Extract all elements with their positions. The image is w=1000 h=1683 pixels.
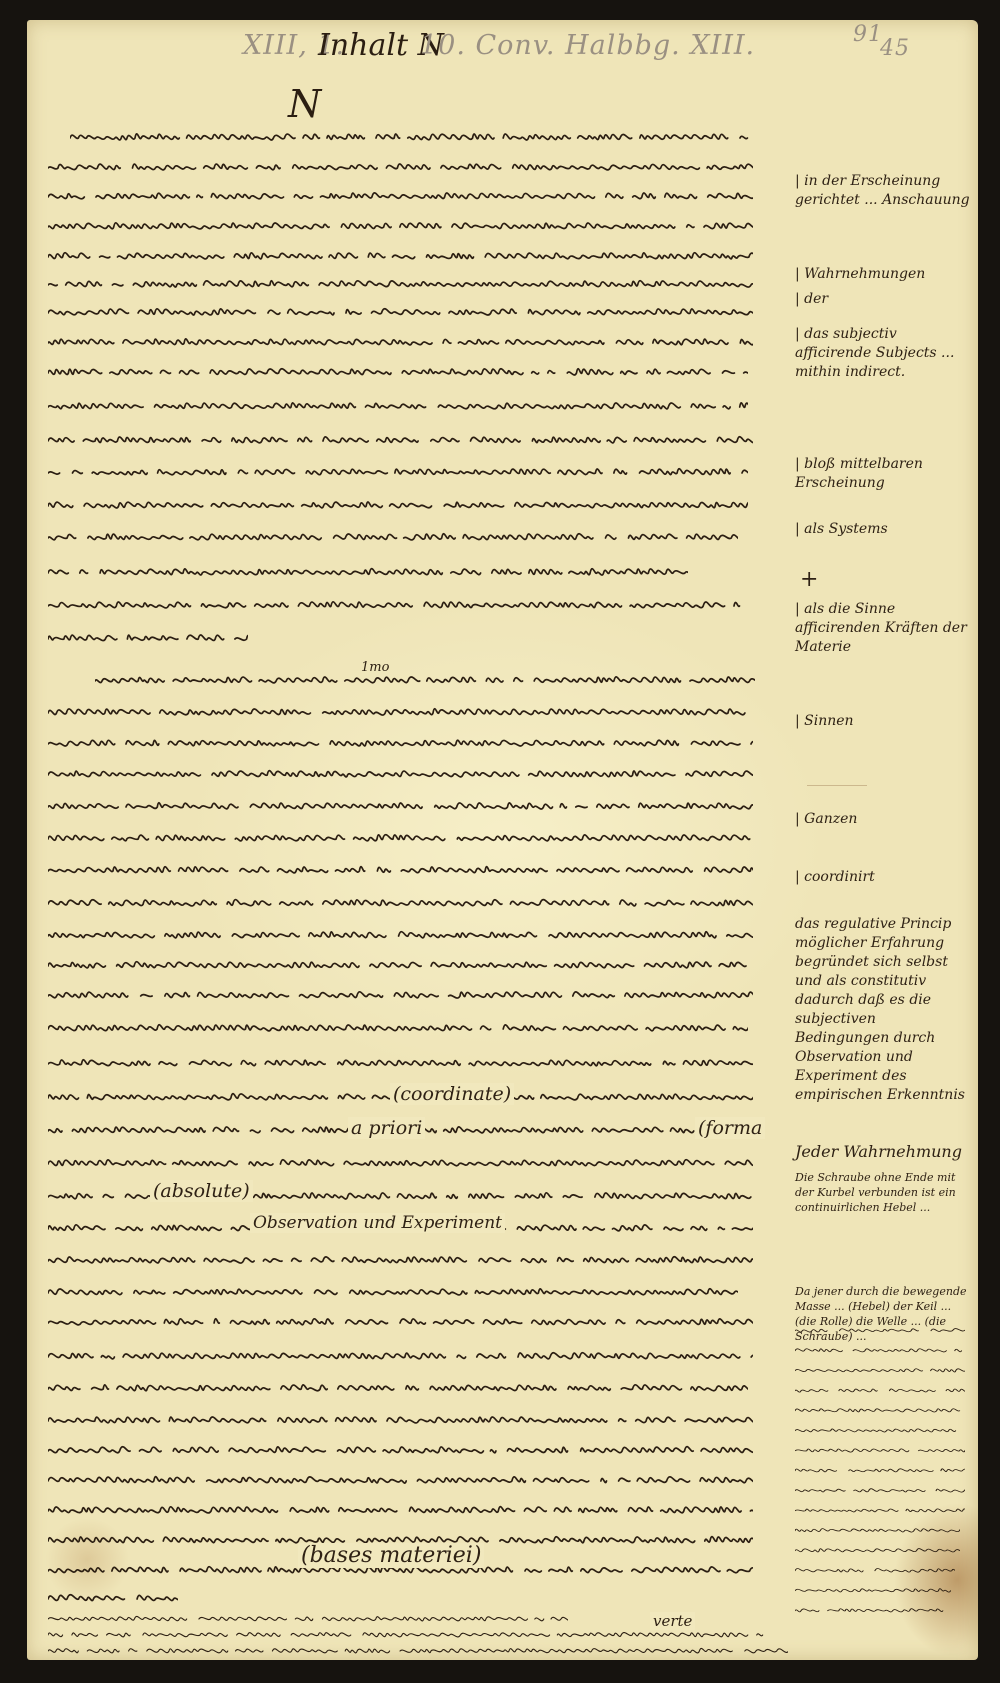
handwritten-line [48,561,688,583]
handwritten-line [48,1152,753,1174]
handwritten-line [48,1469,753,1491]
margin-note-4: | das subjectiv afficirende Subjects ...… [795,325,975,382]
handwritten-line [48,763,753,785]
handwritten-line [48,984,753,1006]
handwritten-line [48,1587,178,1609]
margin-handwritten-line [795,1582,955,1598]
handwritten-line [48,301,753,323]
handwritten-line [48,1249,753,1271]
margin-note-9: | Sinnen [795,712,975,731]
margin-handwritten-line [795,1602,945,1618]
handwritten-line [48,795,753,817]
handwritten-line [48,701,753,723]
handwritten-line [95,669,755,691]
term-forma: (forma [695,1117,765,1139]
term-observation: Observation und Experiment [250,1213,505,1233]
term-coordinate: (coordinate) [390,1083,514,1105]
margin-note-12: das regulative Princip möglicher Erfahru… [795,915,970,1105]
margin-handwritten-line [795,1402,965,1418]
handwritten-line [48,331,753,353]
handwritten-line [48,1345,753,1367]
handwritten-line [70,126,750,148]
handwritten-line [48,215,753,237]
handwritten-line [48,1311,753,1333]
handwritten-line [48,594,748,616]
handwritten-line [48,732,753,754]
handwritten-line [48,627,248,649]
term-a-priori: a priori [348,1117,425,1139]
handwritten-line [48,273,753,295]
margin-note-2: | Wahrnehmungen [795,265,975,284]
handwritten-line [48,1052,753,1074]
margin-handwritten-line [795,1502,965,1518]
margin-handwritten-line [795,1562,955,1578]
margin-note-10: | Ganzen [795,810,975,829]
margin-note-14: Die Schraube ohne Ende mit der Kurbel ve… [795,1170,975,1215]
term-verte: verte [650,1612,695,1630]
handwritten-line [48,1409,753,1431]
handwritten-line [48,827,753,849]
folio-number-1: 91 [853,22,883,47]
margin-note-11: | coordinirt [795,868,975,887]
term-bases-materiei: (bases materiei) [298,1543,484,1568]
margin-note-7: + [800,570,980,589]
handwritten-line [48,395,748,417]
term-primo: 1mo [358,660,392,675]
margin-handwritten-line [795,1462,965,1478]
handwritten-line [48,429,753,451]
margin-note-8: | als die Sinne afficirenden Kräften der… [795,600,975,657]
handwritten-line [48,859,753,881]
margin-note-5: | bloß mittelbaren Erscheinung [795,455,975,493]
handwritten-line [48,245,753,267]
handwritten-line [48,1281,738,1303]
handwritten-line [48,461,748,483]
handwritten-line [48,361,748,383]
convolute-note: 10. Conv. Halbbg. XIII. [420,30,755,61]
handwritten-line [48,1639,788,1661]
handwritten-line [48,526,738,548]
margin-handwritten-line [795,1382,965,1398]
section-mark: N [288,82,321,126]
handwritten-line [48,892,753,914]
handwritten-line [48,1499,753,1521]
paper-crease [807,785,867,786]
margin-note-13: Jeder Wahrnehmung [795,1142,975,1161]
margin-note-6: | als Systems [795,520,975,539]
folio-number-2: 45 [880,36,910,61]
margin-note-3: | der [795,290,975,309]
handwritten-line [48,1017,748,1039]
margin-note-1: | in der Erscheinung gerichtet ... Ansch… [795,172,975,210]
margin-handwritten-line [795,1522,960,1538]
margin-handwritten-line [795,1542,960,1558]
margin-handwritten-line [795,1482,965,1498]
margin-handwritten-line [795,1342,965,1358]
handwritten-line [48,494,748,516]
handwritten-line [48,185,753,207]
handwritten-line [48,1439,753,1461]
margin-handwritten-line [795,1422,965,1438]
handwritten-line [48,1377,748,1399]
term-absolute: (absolute) [150,1180,253,1202]
handwritten-line [48,924,753,946]
margin-handwritten-line [795,1322,965,1338]
margin-handwritten-line [795,1442,965,1458]
handwritten-line [48,156,753,178]
margin-handwritten-line [795,1362,965,1378]
handwritten-line [48,954,753,976]
